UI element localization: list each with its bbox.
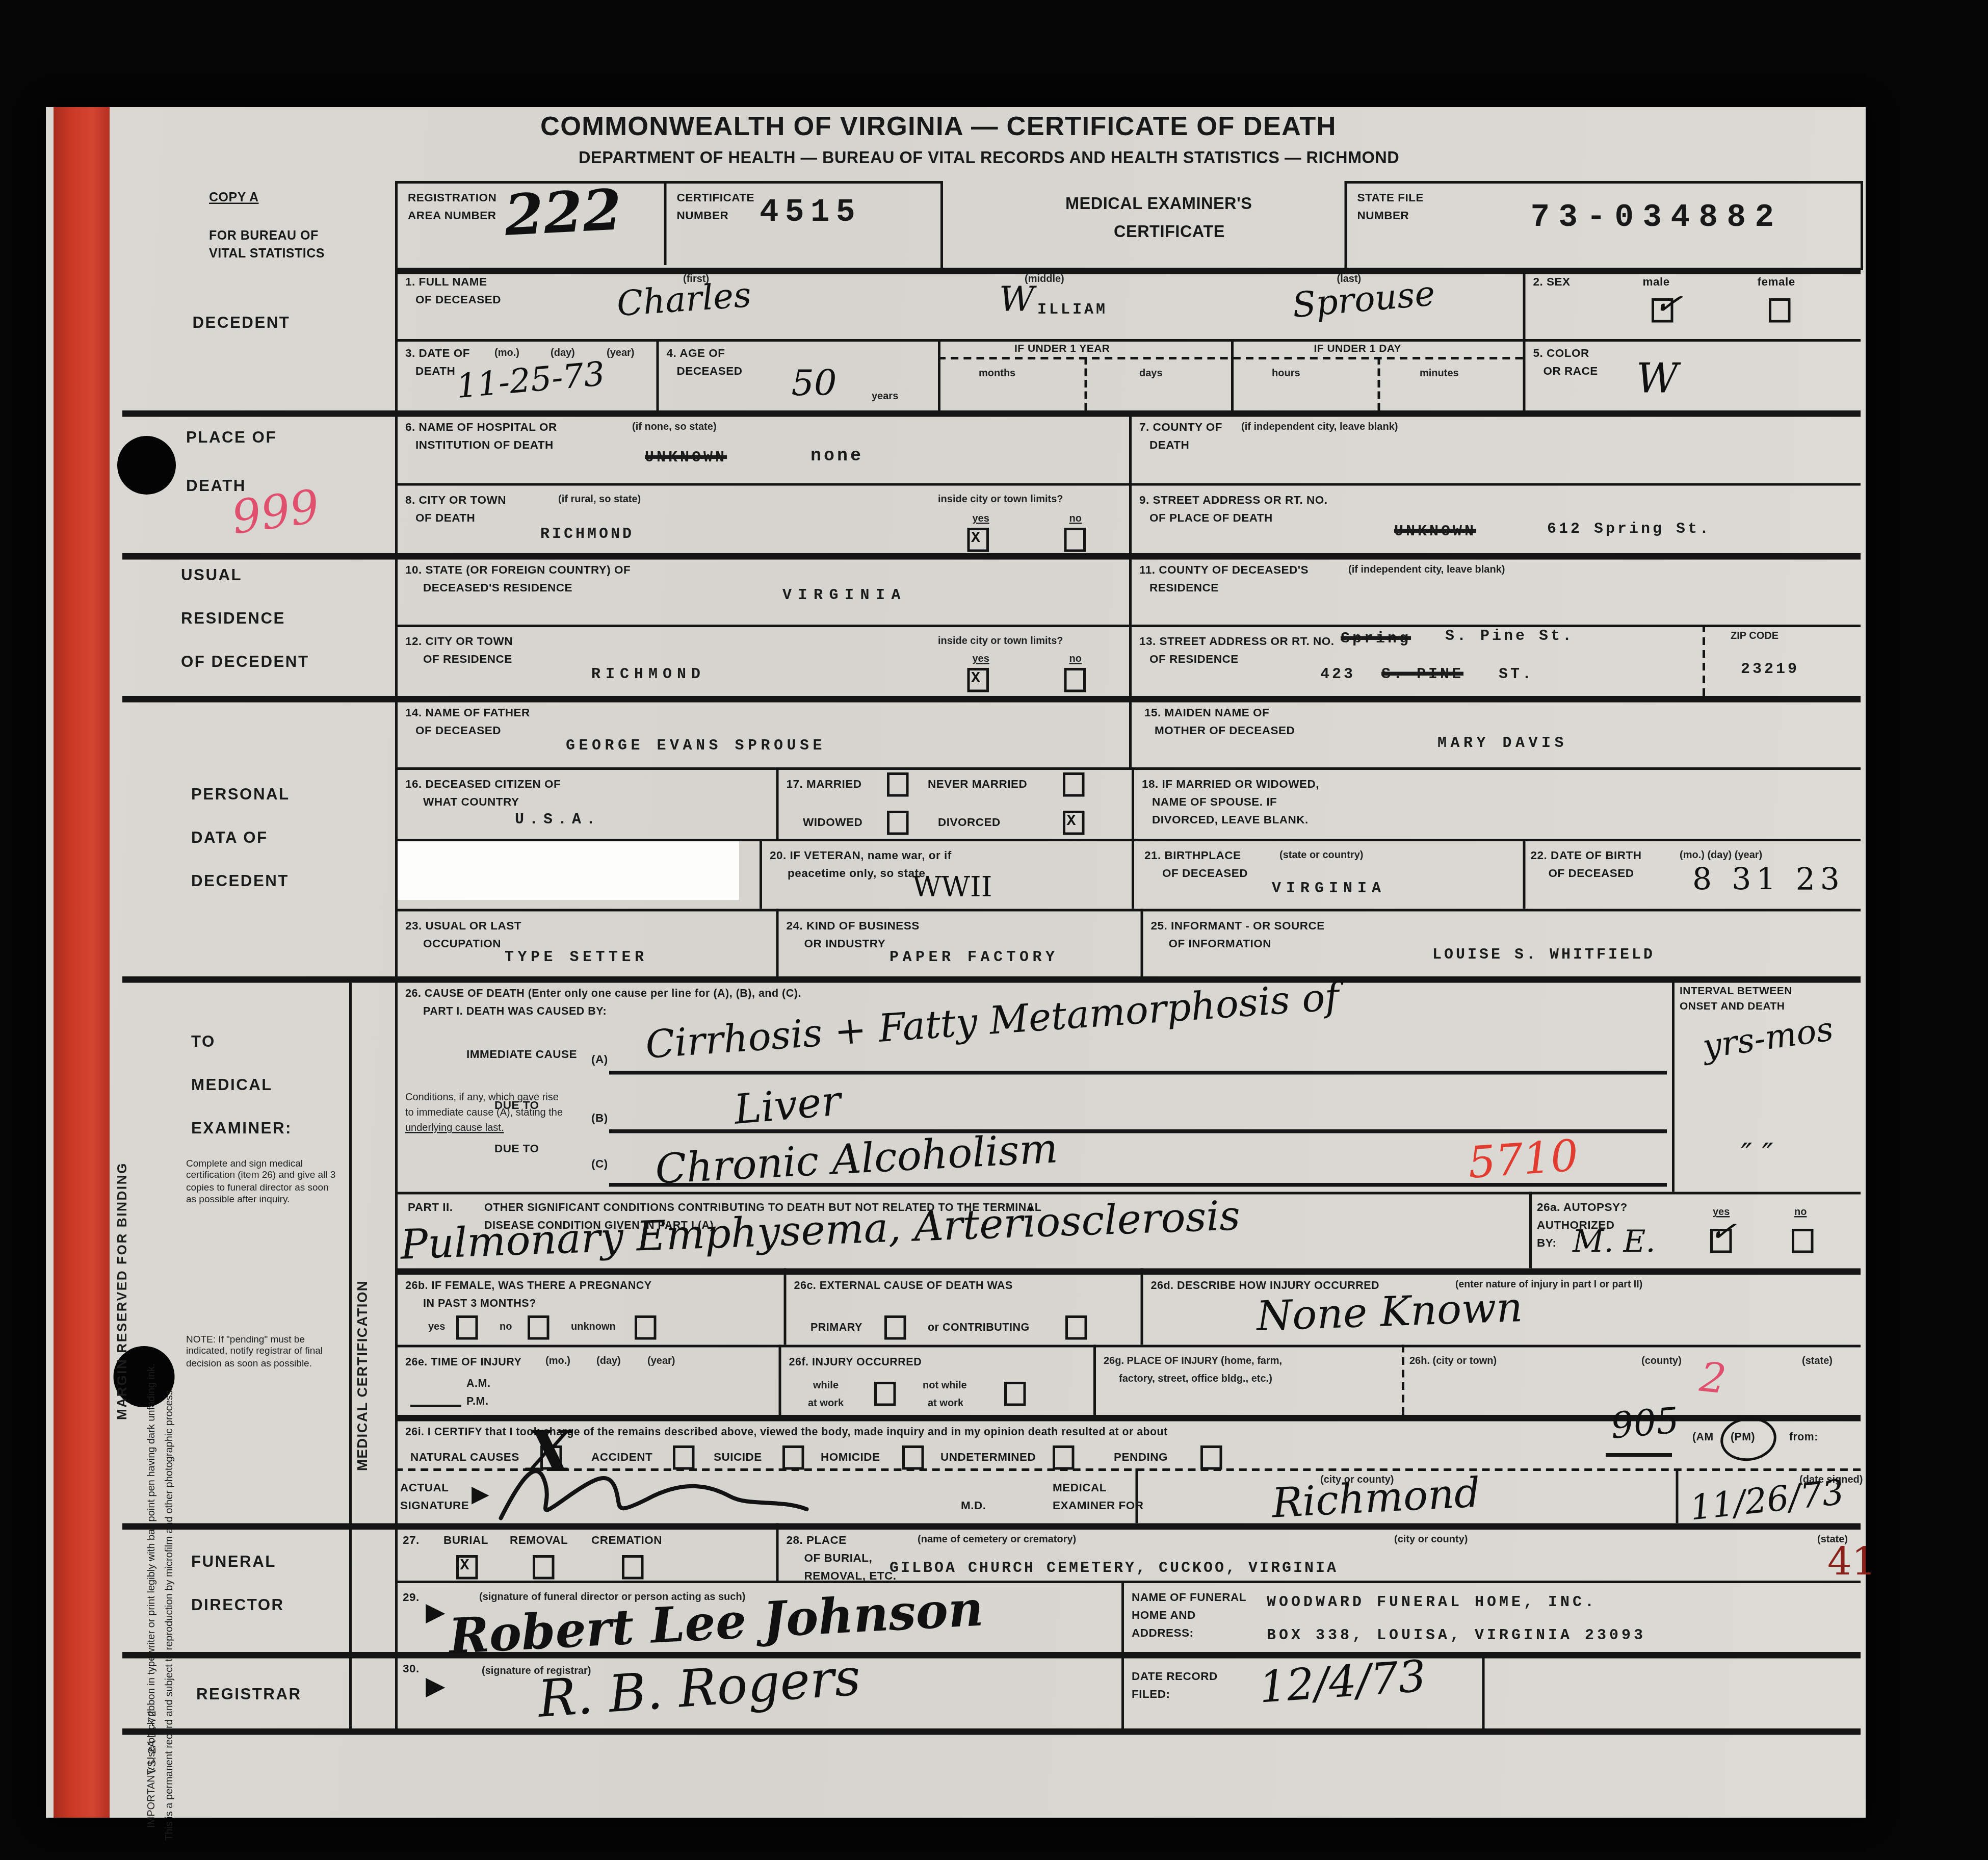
f8-yes-label: yes <box>973 512 989 524</box>
f26h-county-cap: (county) <box>1641 1355 1682 1367</box>
section-funeral-1: FUNERAL <box>191 1553 276 1570</box>
certificate-number: 4515 <box>760 194 861 231</box>
interval-c-ditto: ″ ″ <box>1741 1137 1773 1173</box>
cause-code-red: 5710 <box>1467 1131 1580 1190</box>
me-certificate-label-1: MEDICAL EXAMINER'S <box>1065 194 1252 213</box>
under-day-label: IF UNDER 1 DAY <box>1314 342 1401 354</box>
f6-label-2: INSTITUTION OF DEATH <box>415 438 554 451</box>
f26-header-1: 26. CAUSE OF DEATH (Enter only one cause… <box>405 987 801 999</box>
street-res-struck2: S. PINE <box>1381 665 1463 683</box>
section-tome-1: TO <box>191 1032 216 1050</box>
f11-label-2: RESIDENCE <box>1149 581 1219 594</box>
pending-checkbox <box>1200 1445 1222 1470</box>
registration-area-number: 222 <box>503 178 623 249</box>
street-death-value: 612 Spring St. <box>1547 520 1711 538</box>
medical-note-2: NOTE: If "pending" must be indicated, no… <box>186 1333 336 1370</box>
registration-label-1: REGISTRATION <box>408 191 496 204</box>
f26f-while-1: while <box>813 1379 839 1391</box>
name-first: Charles <box>616 276 753 325</box>
interval-label-1: INTERVAL BETWEEN <box>1680 984 1792 997</box>
copy-label: COPY A <box>209 191 259 205</box>
f10-label-2: DECEASED'S RESIDENCE <box>423 581 572 594</box>
f26e-pm-label: P.M. <box>466 1394 488 1407</box>
f18-label-3: DIVORCED, LEAVE BLANK. <box>1152 813 1309 826</box>
f5-label-1: 5. COLOR <box>1533 347 1589 359</box>
me-for-label-1: MEDICAL <box>1053 1481 1107 1494</box>
f21-cap: (state or country) <box>1279 849 1363 861</box>
f23-label-1: 23. USUAL OR LAST <box>405 919 521 932</box>
certificate-subtitle: DEPARTMENT OF HEALTH — BUREAU OF VITAL R… <box>579 148 1399 167</box>
f26e-label: 26e. TIME OF INJURY <box>405 1355 521 1368</box>
cause-a-label: (A) <box>591 1053 608 1066</box>
street-death-struck: UNKNOWN <box>1394 523 1476 540</box>
f26a-label-1: 26a. AUTOPSY? <box>1537 1201 1628 1213</box>
f26e-cap-mo: (mo.) <box>545 1355 570 1367</box>
homicide-checkbox <box>902 1445 924 1470</box>
f10-label-1: 10. STATE (OR FOREIGN COUNTRY) OF <box>405 563 631 576</box>
f13-label-1: 13. STREET ADDRESS OR RT. NO. <box>1139 635 1335 648</box>
burial-state-code: 41 <box>1827 1540 1876 1585</box>
certify-am: (AM <box>1692 1430 1714 1443</box>
f14-label-2: OF DECEASED <box>415 724 501 737</box>
f20-label-2: peacetime only, so state <box>788 867 925 880</box>
zip-label: ZIP CODE <box>1731 630 1778 641</box>
sex-female-checkbox <box>1769 298 1791 323</box>
name-middle-typed: ILLIAM <box>1037 301 1108 319</box>
minutes-label: minutes <box>1420 367 1459 379</box>
f26a-label-3: BY: <box>1537 1236 1557 1249</box>
cremation-label: CREMATION <box>591 1534 662 1546</box>
f9-label-1: 9. STREET ADDRESS OR RT. NO. <box>1139 494 1327 506</box>
f26f-label: 26f. INJURY OCCURRED <box>789 1355 922 1368</box>
md-label: M.D. <box>961 1499 986 1512</box>
f24-label-1: 24. KIND OF BUSINESS <box>787 919 920 932</box>
certificate-number-label-2: NUMBER <box>677 209 729 222</box>
funeral-home-address: BOX 338, LOUISA, VIRGINIA 23093 <box>1267 1626 1646 1644</box>
f15-label-1: 15. MAIDEN NAME OF <box>1144 706 1269 719</box>
occupation-value: TYPE SETTER <box>505 948 648 966</box>
f26h-label: 26h. (city or town) <box>1409 1355 1497 1367</box>
section-tome-3: EXAMINER: <box>191 1119 292 1137</box>
f7-cap: (if independent city, leave blank) <box>1241 421 1398 432</box>
street-res-st: ST. <box>1499 665 1534 683</box>
medical-certification-strip: MEDICAL CERTIFICATION <box>356 1089 371 1471</box>
divorced-mark: X <box>1067 812 1076 830</box>
age-value: 50 <box>792 362 837 404</box>
f1-label-1: 1. FULL NAME <box>405 275 487 288</box>
widowed-checkbox <box>887 811 909 835</box>
funeral-home-label-1: NAME OF FUNERAL <box>1132 1591 1246 1604</box>
f17-married-label: 17. MARRIED <box>787 778 862 790</box>
f22-label-1: 22. DATE OF BIRTH <box>1531 849 1642 862</box>
f1-label-2: OF DECEASED <box>415 293 501 306</box>
married-checkbox <box>887 772 909 797</box>
f11-label-1: 11. COUNTY OF DECEASED'S <box>1139 563 1309 576</box>
f18-label-1: 18. IF MARRIED OR WIDOWED, <box>1142 778 1319 790</box>
f30-arrow-icon: ▶ <box>426 1670 445 1700</box>
f28-cap-1: (name of cemetery or crematory) <box>918 1534 1076 1545</box>
f12-label-2: OF RESIDENCE <box>423 653 512 665</box>
f26f-while-checkbox <box>874 1382 896 1406</box>
certify-text: 26i. I CERTIFY that I took charge of the… <box>405 1425 1168 1438</box>
f26b-yes-label: yes <box>428 1321 445 1332</box>
f2-label: 2. SEX <box>1533 275 1571 288</box>
f21-label-2: OF DECEASED <box>1162 867 1248 880</box>
due-to-c-label: DUE TO <box>494 1142 539 1155</box>
f12-yes-label: yes <box>973 653 989 664</box>
city-residence: RICHMOND <box>591 665 705 683</box>
autopsy-by-value: M. E. <box>1573 1224 1655 1259</box>
f11-cap: (if independent city, leave blank) <box>1348 563 1505 575</box>
copy-for-2: VITAL STATISTICS <box>209 247 325 262</box>
f21-label-1: 21. BIRTHPLACE <box>1144 849 1241 862</box>
section-tome-2: MEDICAL <box>191 1076 273 1094</box>
f26e-am-label: A.M. <box>466 1377 490 1389</box>
f22-label-2: OF DECEASED <box>1549 867 1634 880</box>
state-file-label-1: STATE FILE <box>1357 191 1424 204</box>
date-of-death: 11-25-73 <box>455 355 606 406</box>
f26f-notwhile-1: not while <box>923 1379 967 1391</box>
f27-number: 27. <box>403 1534 420 1546</box>
funeral-home-label-2: HOME AND <box>1132 1609 1196 1621</box>
certificate-title: COMMONWEALTH OF VIRGINIA — CERTIFICATE O… <box>540 112 1337 143</box>
never-married-label: NEVER MARRIED <box>928 778 1027 790</box>
f22-cap: (mo.) (day) (year) <box>1680 849 1762 861</box>
f4-label-2: DECEASED <box>677 365 743 377</box>
f12-limits-label: inside city or town limits? <box>938 635 1063 647</box>
state-residence: VIRGINIA <box>782 586 907 604</box>
mother-name: MARY DAVIS <box>1437 734 1567 752</box>
f3-label-2: DEATH <box>415 365 455 377</box>
f26c-contrib-label: or CONTRIBUTING <box>928 1321 1030 1333</box>
certify-from: from: <box>1789 1430 1818 1443</box>
f26b-yes-checkbox <box>456 1315 478 1340</box>
f26h-state-cap: (state) <box>1802 1355 1833 1367</box>
f12-no-label: no <box>1069 653 1082 664</box>
conditions-note-1: Conditions, if any, which gave rise <box>405 1091 584 1104</box>
me-certificate-label-2: CERTIFICATE <box>1114 222 1225 241</box>
f29-number: 29. <box>403 1591 420 1604</box>
f3-cap-year: (year) <box>607 347 634 358</box>
f26b-unknown-checkbox <box>635 1315 657 1340</box>
section-personal-2: DATA OF <box>191 829 268 846</box>
f26h-county-value: 2 <box>1697 1353 1729 1404</box>
section-funeral-2: DIRECTOR <box>191 1596 284 1614</box>
f13-label-2: OF RESIDENCE <box>1149 653 1239 665</box>
f8-label-1: 8. CITY OR TOWN <box>405 494 506 506</box>
me-for-label-2: EXAMINER FOR <box>1053 1499 1144 1512</box>
f12-no-checkbox <box>1064 668 1086 692</box>
margin-permanent-text: This is a permanent record and subject t… <box>163 438 175 1841</box>
f23-label-2: OCCUPATION <box>423 937 501 950</box>
funeral-home-label-3: ADDRESS: <box>1132 1626 1194 1639</box>
months-label: months <box>979 367 1015 379</box>
f26f-notwhile-checkbox <box>1004 1382 1026 1406</box>
section-decedent: DECEDENT <box>193 314 291 331</box>
f8-yes-mark: X <box>971 529 980 547</box>
under-year-label: IF UNDER 1 YEAR <box>1014 342 1110 354</box>
f28-label-1: 28. PLACE <box>787 1534 847 1546</box>
burial-mark: X <box>460 1557 469 1574</box>
f26e-cap-day: (day) <box>596 1355 621 1367</box>
f29-arrow-icon: ▶ <box>426 1596 445 1626</box>
section-residence-2: RESIDENCE <box>181 609 285 627</box>
margin-important-text: IMPORTANT: Use black ribbon in typewrite… <box>145 375 157 1828</box>
actual-sig-label-2: SIGNATURE <box>400 1499 469 1512</box>
scanned-death-certificate: MARGIN RESERVED FOR BINDING IMPORTANT: U… <box>0 0 1988 1860</box>
f12-label-1: 12. CITY OR TOWN <box>405 635 513 648</box>
certificate-paper: MARGIN RESERVED FOR BINDING IMPORTANT: U… <box>46 107 1866 1818</box>
undetermined-label: UNDETERMINED <box>940 1451 1036 1463</box>
cremation-checkbox <box>622 1555 644 1580</box>
f26c-primary-label: PRIMARY <box>810 1321 862 1333</box>
f12-yes-mark: X <box>971 669 980 687</box>
date-of-birth: 8 31 23 <box>1692 862 1845 897</box>
f25-label-1: 25. INFORMANT - OR SOURCE <box>1151 919 1325 932</box>
section-residence-3: OF DECEDENT <box>181 653 309 670</box>
f24-label-2: OR INDUSTRY <box>804 937 886 950</box>
f3-label-1: 3. DATE OF <box>405 347 470 359</box>
f5-label-2: OR RACE <box>1544 365 1598 377</box>
burial-label: BURIAL <box>443 1534 488 1546</box>
autopsy-no-label: no <box>1794 1206 1807 1218</box>
removal-label: REMOVAL <box>510 1534 568 1546</box>
date-filed-value: 12/4/73 <box>1258 1651 1428 1714</box>
f4-label-1: 4. AGE OF <box>667 347 725 359</box>
f26c-primary-checkbox <box>884 1315 906 1340</box>
me-signature-scribble <box>494 1461 813 1525</box>
f26f-while-2: at work <box>808 1397 844 1409</box>
f8-cap: (if rural, so state) <box>558 494 641 505</box>
f16-label-2: WHAT COUNTRY <box>423 795 519 808</box>
registration-label-2: AREA NUMBER <box>408 209 496 222</box>
f26c-label: 26c. EXTERNAL CAUSE OF DEATH WAS <box>794 1279 1013 1291</box>
date-filed-label-2: FILED: <box>1132 1688 1170 1700</box>
injury-occurred-value: None Known <box>1256 1283 1524 1340</box>
name-middle-hw: W <box>999 280 1034 320</box>
business-value: PAPER FACTORY <box>890 948 1059 966</box>
f26b-label-2: IN PAST 3 MONTHS? <box>423 1297 536 1309</box>
f26-header-2: PART I. DEATH WAS CAUSED BY: <box>423 1004 607 1017</box>
f26g-label-2: factory, street, office bldg., etc.) <box>1119 1373 1272 1385</box>
f8-no-label: no <box>1069 512 1082 524</box>
divorced-label: DIVORCED <box>938 816 1001 829</box>
f26e-cap-year: (year) <box>647 1355 675 1367</box>
removal-checkbox <box>533 1555 555 1580</box>
father-name: GEORGE EVANS SPROUSE <box>566 737 826 755</box>
date-signed-value: 11/26/73 <box>1688 1473 1846 1529</box>
f14-label-1: 14. NAME OF FATHER <box>405 706 530 719</box>
citizen-value: U.S.A. <box>515 811 600 829</box>
state-file-label-2: NUMBER <box>1357 209 1409 222</box>
age-years-label: years <box>872 390 898 402</box>
actual-sig-label-1: ACTUAL <box>400 1481 449 1494</box>
cause-c-label: (C) <box>591 1157 608 1170</box>
widowed-label: WIDOWED <box>803 816 862 829</box>
birthplace-value: VIRGINIA <box>1272 880 1386 897</box>
registrar-signature: R. B. Rogers <box>536 1648 862 1729</box>
autopsy-yes-checkmark: ✓ <box>1708 1212 1738 1251</box>
conditions-note-3: underlying cause last. <box>405 1122 584 1134</box>
f28-cap-2: (city or county) <box>1394 1534 1468 1545</box>
f26b-unknown-label: unknown <box>571 1321 616 1332</box>
sex-female-label: female <box>1758 275 1795 288</box>
conditions-note-2: to immediate cause (A), stating the <box>405 1106 584 1119</box>
f3-cap-day: (day) <box>551 347 575 358</box>
section-registrar: REGISTRAR <box>196 1685 302 1703</box>
sex-male-checkmark: ✓ <box>1651 283 1685 326</box>
burial-place-value: GILBOA CHURCH CEMETERY, CUCKOO, VIRGINIA <box>890 1559 1338 1577</box>
red-binding-stripe <box>54 107 110 1818</box>
date-filed-label-1: DATE RECORD <box>1132 1670 1218 1683</box>
f9-label-2: OF PLACE OF DEATH <box>1149 511 1273 524</box>
immediate-cause-label: IMMEDIATE CAUSE <box>466 1048 577 1061</box>
f8-limits-label: inside city or town limits? <box>938 494 1063 505</box>
state-file-number: 73-034882 <box>1531 199 1783 236</box>
city-of-death: RICHMOND <box>540 525 634 543</box>
f26g-label-1: 26g. PLACE OF INJURY (home, farm, <box>1104 1355 1282 1367</box>
color-race-value: W <box>1636 354 1678 403</box>
undetermined-checkbox <box>1053 1445 1075 1470</box>
copy-for-1: FOR BUREAU OF <box>209 229 319 244</box>
street-res-number: 423 <box>1320 665 1355 683</box>
pm-circle-mark <box>1718 1414 1780 1464</box>
f26f-notwhile-2: at work <box>928 1397 963 1409</box>
interval-a-value: yrs-mos <box>1701 1011 1836 1067</box>
funeral-home-name: WOODWARD FUNERAL HOME, INC. <box>1267 1593 1597 1611</box>
section-residence-1: USUAL <box>181 566 242 584</box>
f16-label-1: 16. DECEASED CITIZEN OF <box>405 778 561 790</box>
days-label: days <box>1139 367 1163 379</box>
certify-time: 905 <box>1609 1399 1681 1447</box>
cause-line-b: Liver <box>732 1076 843 1134</box>
f25-label-2: OF INFORMATION <box>1169 937 1272 950</box>
interval-label-2: ONSET AND DEATH <box>1680 999 1785 1012</box>
f6-label-1: 6. NAME OF HOSPITAL OR <box>405 421 557 433</box>
section-personal-1: PERSONAL <box>191 785 290 803</box>
informant-value: LOUISE S. WHITFIELD <box>1432 946 1655 964</box>
form-number: VS. 2A 11-72 <box>145 1660 158 1774</box>
f18-label-2: NAME OF SPOUSE. IF <box>1152 795 1277 808</box>
street-res-struck1: Spring <box>1341 630 1411 648</box>
autopsy-no-checkbox <box>1792 1229 1814 1253</box>
f7-label-2: DEATH <box>1149 438 1189 451</box>
f8-label-2: OF DEATH <box>415 511 475 524</box>
redaction-box <box>398 841 739 900</box>
f26b-no-checkbox <box>528 1315 550 1340</box>
f28-label-3: REMOVAL, ETC. <box>804 1569 897 1582</box>
f6-cap: (if none, so state) <box>632 421 717 432</box>
section-place-1: PLACE OF <box>186 428 277 446</box>
f15-label-2: MOTHER OF DECEASED <box>1155 724 1295 737</box>
veteran-value: WWII <box>912 872 992 904</box>
certificate-number-label-1: CERTIFICATE <box>677 191 755 204</box>
f26b-no-label: no <box>500 1321 512 1332</box>
homicide-label: HOMICIDE <box>821 1451 880 1463</box>
pending-label: PENDING <box>1114 1451 1168 1463</box>
f20-label-1: 20. IF VETERAN, name war, or if <box>770 849 952 862</box>
me-for-value: Richmond <box>1271 1468 1481 1527</box>
f28-label-2: OF BURIAL, <box>804 1552 873 1564</box>
medical-note-1: Complete and sign medical certification … <box>186 1157 336 1206</box>
zip-value: 23219 <box>1741 660 1799 678</box>
hospital-struck: UNKNOWN <box>645 449 727 467</box>
name-last: Sprouse <box>1291 274 1436 326</box>
f26c-contrib-checkbox <box>1065 1315 1087 1340</box>
hours-label: hours <box>1272 367 1300 379</box>
hospital-value: none <box>810 446 864 467</box>
signature-arrow-icon: ▶ <box>472 1481 489 1508</box>
f7-label-1: 7. COUNTY OF <box>1139 421 1222 433</box>
part2-label: PART II. <box>408 1201 453 1213</box>
cause-b-label: (B) <box>591 1112 608 1124</box>
never-married-checkbox <box>1063 772 1085 797</box>
section-personal-3: DECEDENT <box>191 872 289 890</box>
street-res-insert: S. Pine St. <box>1445 627 1574 645</box>
f3-cap-mo: (mo.) <box>494 347 519 358</box>
f26b-label-1: 26b. IF FEMALE, WAS THERE A PREGNANCY <box>405 1279 652 1291</box>
margin-binding-text: MARGIN RESERVED FOR BINDING <box>115 655 130 1420</box>
f8-no-checkbox <box>1064 528 1086 552</box>
f30-number: 30. <box>403 1662 420 1675</box>
